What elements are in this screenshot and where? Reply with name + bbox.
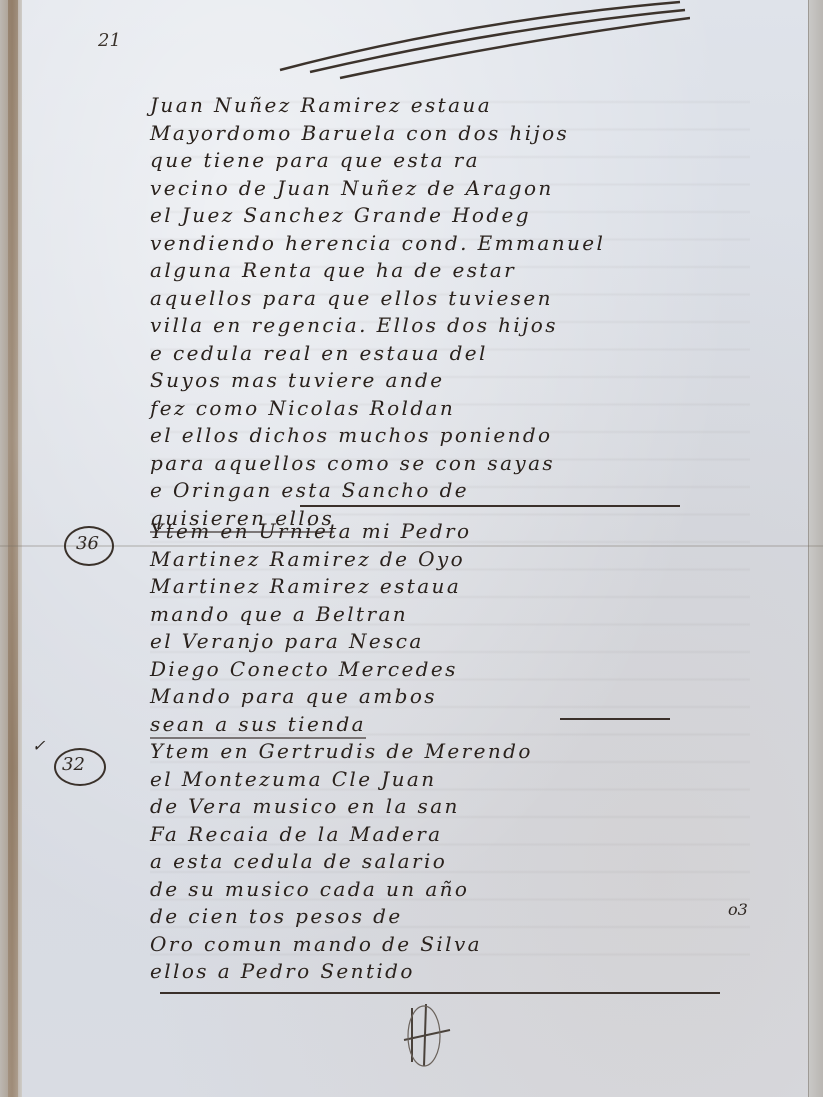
text-line: Ytem en Urnieta mi Pedro	[150, 518, 710, 546]
text-line: el Juez Sanchez Grande Hodeg	[150, 202, 710, 230]
text-line: alguna Renta que ha de estar	[150, 257, 710, 285]
header-pen-strokes	[270, 0, 690, 80]
text-line: el Montezuma Cle Juan	[150, 766, 710, 794]
margin-note-right: o3	[728, 900, 748, 919]
text-line: Ytem en Gertrudis de Merendo	[150, 738, 710, 766]
gutter-stain	[8, 0, 18, 1097]
text-line: e cedula real en estaua del	[150, 340, 710, 368]
entry-divider	[560, 718, 670, 720]
text-line: para aquellos como se con sayas	[150, 450, 710, 478]
text-line: ellos a Pedro Sentido	[150, 958, 710, 986]
folio-number: 21	[98, 30, 121, 51]
text-line: Oro comun mando de Silva	[150, 931, 710, 959]
text-line: el ellos dichos muchos poniendo	[150, 422, 710, 450]
text-line: Fa Recaia de la Madera	[150, 821, 710, 849]
text-line: vendiendo herencia cond. Emmanuel	[150, 230, 710, 258]
text-line: mando que a Beltran	[150, 601, 710, 629]
text-line: Martinez Ramirez de Oyo	[150, 546, 710, 574]
page-right-edge	[808, 0, 823, 1097]
manuscript-page: 21 Juan Nuñez Ramirez estaua Mayordomo B…	[0, 0, 823, 1097]
closing-rule	[160, 992, 720, 994]
margin-number-36: 36	[76, 533, 99, 554]
text-line: Martinez Ramirez estaua	[150, 573, 710, 601]
text-line: sean a sus tienda	[150, 711, 710, 739]
entry-divider	[300, 505, 680, 507]
text-line: de Vera musico en la san	[150, 793, 710, 821]
text-line: a esta cedula de salario	[150, 848, 710, 876]
text-line: Mando para que ambos	[150, 683, 710, 711]
entry-1: Juan Nuñez Ramirez estaua Mayordomo Baru…	[150, 92, 710, 532]
text-line: el Veranjo para Nesca	[150, 628, 710, 656]
text-line: villa en regencia. Ellos dos hijos	[150, 312, 710, 340]
margin-check-mark: ✓	[32, 736, 45, 755]
margin-number-32: 32	[62, 754, 85, 775]
entry-2: Ytem en Urnieta mi Pedro Martinez Ramire…	[150, 518, 710, 738]
text-line: Suyos mas tuviere ande	[150, 367, 710, 395]
text-line: aquellos para que ellos tuviesen	[150, 285, 710, 313]
text-line: que tiene para que esta ra	[150, 147, 710, 175]
text-line: vecino de Juan Nuñez de Aragon	[150, 175, 710, 203]
rubric-mark	[400, 1000, 460, 1070]
text-line: de cien tos pesos de	[150, 903, 710, 931]
entry-3: Ytem en Gertrudis de Merendo el Montezum…	[150, 738, 710, 986]
text-line: Juan Nuñez Ramirez estaua	[150, 92, 710, 120]
text-line: Mayordomo Baruela con dos hijos	[150, 120, 710, 148]
text-line: fez como Nicolas Roldan	[150, 395, 710, 423]
text-line: de su musico cada un año	[150, 876, 710, 904]
text-line: e Oringan esta Sancho de	[150, 477, 710, 505]
text-line: Diego Conecto Mercedes	[150, 656, 710, 684]
